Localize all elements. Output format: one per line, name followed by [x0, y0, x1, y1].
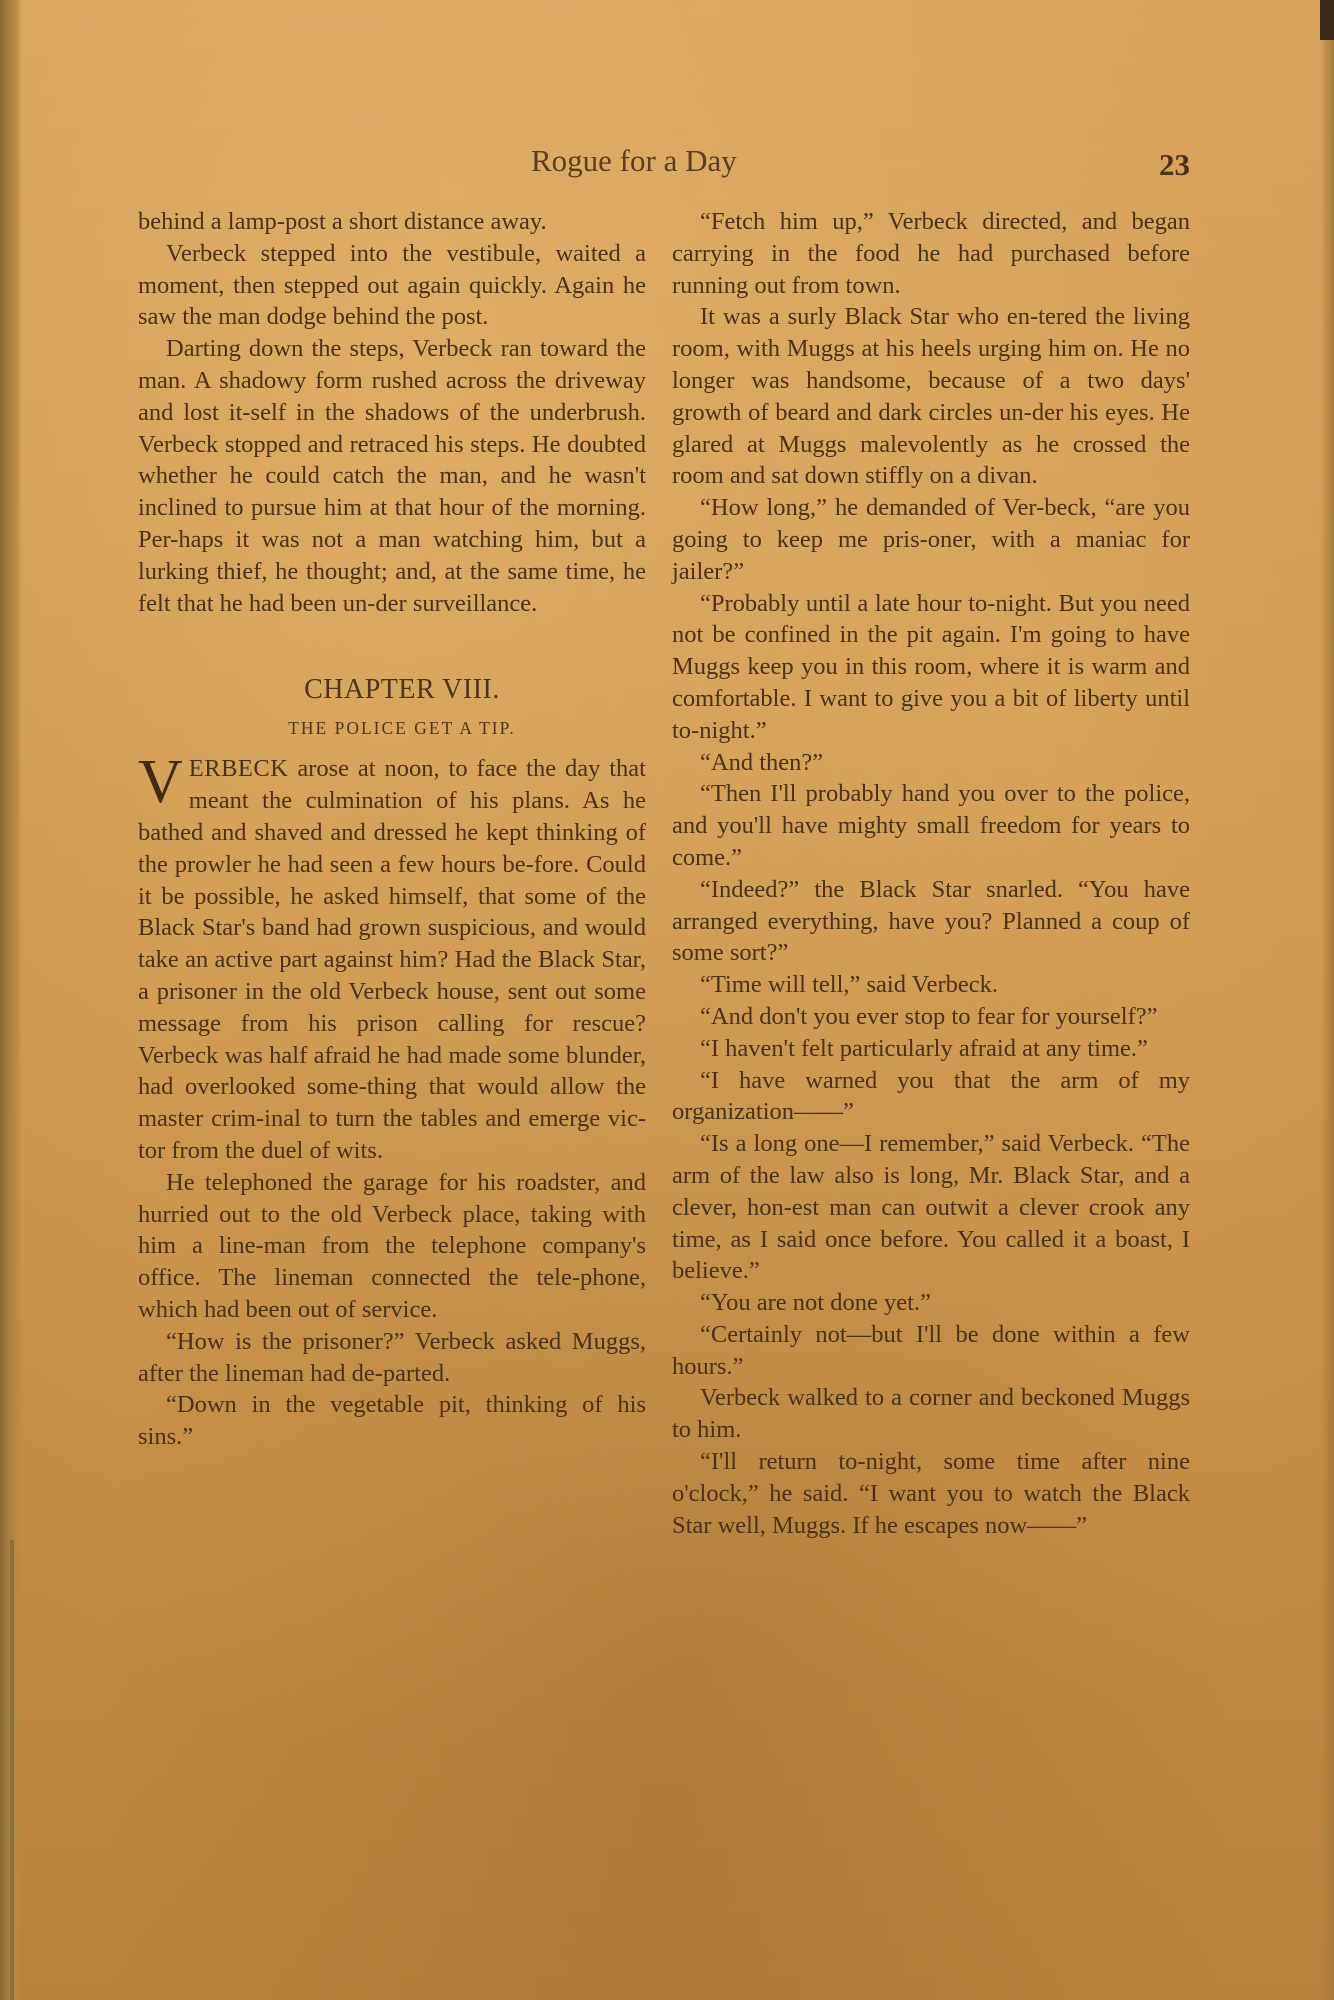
paragraph: “Time will tell,” said Verbeck.: [672, 969, 1190, 1001]
paragraph: “Certainly not—but I'll be done within a…: [672, 1319, 1190, 1383]
chapter-opening-paragraph: VERBECK arose at noon, to face the day t…: [138, 753, 646, 1166]
running-title: Rogue for a Day: [531, 143, 737, 179]
opening-text: arose at noon, to face the day that mean…: [138, 755, 646, 1164]
chapter-subtitle: THE POLICE GET A TIP.: [138, 717, 646, 739]
paragraph: It was a surly Black Star who en-tered t…: [672, 301, 1190, 492]
left-column: behind a lamp-post a short distance away…: [138, 206, 646, 1453]
chapter-title: CHAPTER VIII.: [138, 673, 646, 707]
paragraph: “I haven't felt particularly afraid at a…: [672, 1033, 1190, 1065]
paragraph: behind a lamp-post a short distance away…: [138, 206, 646, 238]
paragraph: “How long,” he demanded of Ver-beck, “ar…: [672, 492, 1190, 587]
running-header: Rogue for a Day 23: [138, 143, 1190, 183]
book-page: Rogue for a Day 23 behind a lamp-post a …: [0, 0, 1334, 2000]
paragraph: “How is the prisoner?” Verbeck asked Mug…: [138, 1326, 646, 1390]
paragraph: “You are not done yet.”: [672, 1287, 1190, 1319]
drop-cap: V: [138, 757, 183, 807]
paragraph: Verbeck walked to a corner and beckoned …: [672, 1382, 1190, 1446]
paragraph: “Fetch him up,” Verbeck directed, and be…: [672, 206, 1190, 301]
page-number: 23: [1159, 147, 1190, 183]
paragraph: Darting down the steps, Verbeck ran towa…: [138, 333, 646, 619]
page-edge-shadow: [1320, 0, 1334, 2000]
binding-edge: [10, 1540, 14, 2000]
paragraph: “Probably until a late hour to-night. Bu…: [672, 588, 1190, 747]
corner-shadow: [1320, 0, 1334, 40]
right-column: “Fetch him up,” Verbeck directed, and be…: [672, 206, 1190, 1541]
paragraph: “And don't you ever stop to fear for you…: [672, 1001, 1190, 1033]
chapter-heading: CHAPTER VIII. THE POLICE GET A TIP.: [138, 673, 646, 739]
paragraph: “Then I'll probably hand you over to the…: [672, 778, 1190, 873]
paragraph: Verbeck stepped into the vestibule, wait…: [138, 238, 646, 333]
paragraph: “Is a long one—I remember,” said Verbeck…: [672, 1128, 1190, 1287]
paragraph: He telephoned the garage for his roadste…: [138, 1167, 646, 1326]
paragraph: “Down in the vegetable pit, thinking of …: [138, 1389, 646, 1453]
paragraph: “And then?”: [672, 747, 1190, 779]
paragraph: “Indeed?” the Black Star snarled. “You h…: [672, 874, 1190, 969]
paragraph: “I have warned you that the arm of my or…: [672, 1065, 1190, 1129]
paragraph: “I'll return to-night, some time after n…: [672, 1446, 1190, 1541]
opening-lead-word: ERBECK: [189, 755, 289, 782]
